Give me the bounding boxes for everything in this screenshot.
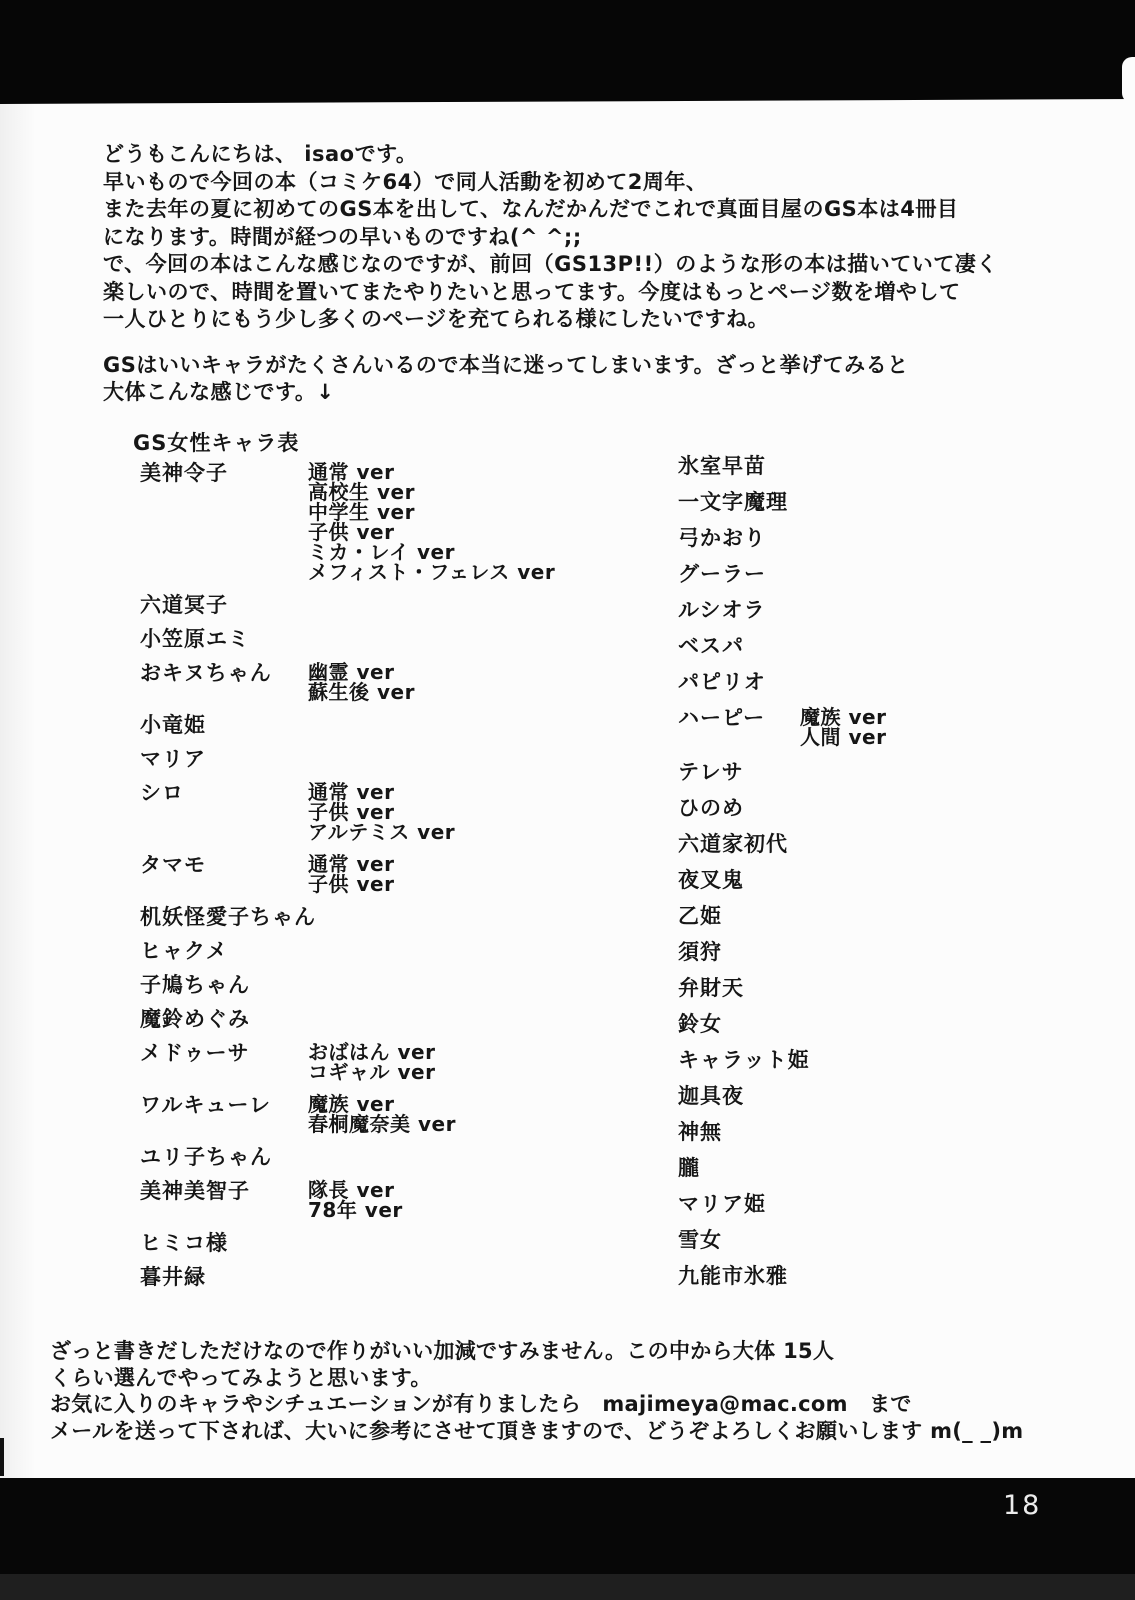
character-name: 須狩	[678, 941, 800, 963]
version-list: 幽霊 ver蘇生後 ver	[308, 662, 415, 702]
character-name: 一文字魔理	[678, 491, 800, 513]
character-row: 美神令子通常 ver高校生 ver中学生 ver子供 verミカ・レイ verメ…	[140, 462, 555, 582]
character-name: ヒミコ様	[140, 1232, 308, 1254]
bottom-border-strip	[0, 1574, 1135, 1600]
version-list: 通常 ver子供 verアルテミス ver	[308, 782, 455, 842]
text-line: 大体こんな感じです。↓	[103, 379, 909, 406]
character-name: ベスパ	[678, 635, 800, 657]
character-row: 机妖怪愛子ちゃん	[140, 906, 555, 928]
character-name: パピリオ	[678, 671, 800, 693]
version-label: 春桐魔奈美 ver	[308, 1114, 456, 1134]
character-row: 小笠原エミ	[140, 628, 555, 650]
character-row: 夜叉鬼	[678, 869, 886, 891]
version-label: 子供 ver	[308, 522, 555, 542]
character-name: マリア	[140, 748, 308, 770]
character-row: 迦具夜	[678, 1085, 886, 1107]
character-row: 六道冥子	[140, 594, 555, 616]
character-row: ベスパ	[678, 635, 886, 657]
character-row: キャラット姫	[678, 1049, 886, 1071]
character-row: 暮井緑	[140, 1266, 555, 1288]
character-name: ユリ子ちゃん	[140, 1146, 308, 1168]
version-label: 通常 ver	[308, 462, 555, 482]
text-line: お気に入りのキャラやシチュエーションが有りましたら majimeya@mac.c…	[50, 1391, 1023, 1418]
version-label: メフィスト・フェレス ver	[308, 562, 555, 582]
character-name: キャラット姫	[678, 1049, 800, 1071]
page-number: 18	[1003, 1490, 1041, 1521]
text-line: メールを送って下されば、大いに参考にさせて頂きますので、どうぞよろしくお願いしま…	[50, 1418, 1023, 1445]
character-row: 朧	[678, 1157, 886, 1179]
character-row: 氷室早苗	[678, 455, 886, 477]
version-list: 魔族 ver春桐魔奈美 ver	[308, 1094, 456, 1134]
character-name: 九能市氷雅	[678, 1265, 800, 1287]
character-row: タマモ通常 ver子供 ver	[140, 854, 555, 894]
version-list: 通常 ver高校生 ver中学生 ver子供 verミカ・レイ verメフィスト…	[308, 462, 555, 582]
character-row: パピリオ	[678, 671, 886, 693]
character-row: ヒミコ様	[140, 1232, 555, 1254]
character-list-left-column: 美神令子通常 ver高校生 ver中学生 ver子供 verミカ・レイ verメ…	[140, 462, 555, 1300]
paper-edge-shade	[0, 104, 36, 1478]
character-row: グーラー	[678, 563, 886, 585]
character-name: おキヌちゃん	[140, 662, 308, 684]
character-name: 乙姫	[678, 905, 800, 927]
character-name: マリア姫	[678, 1193, 800, 1215]
version-label: 子供 ver	[308, 874, 394, 894]
character-row: おキヌちゃん幽霊 ver蘇生後 ver	[140, 662, 555, 702]
character-row: 魔鈴めぐみ	[140, 1008, 555, 1030]
version-label: 魔族 ver	[800, 707, 886, 727]
character-row: 九能市氷雅	[678, 1265, 886, 1287]
intro-paragraph: どうもこんにちは、 isaoです。早いもので今回の本（コミケ64）で同人活動を初…	[103, 141, 998, 334]
version-label: アルテミス ver	[308, 822, 455, 842]
character-name: 氷室早苗	[678, 455, 800, 477]
character-row: 雪女	[678, 1229, 886, 1251]
character-row: ルシオラ	[678, 599, 886, 621]
page-corner-notch	[1122, 57, 1135, 103]
text-line: 一人ひとりにもう少し多くのページを充てられる様にしたいですね。	[103, 306, 998, 334]
character-row: ひのめ	[678, 797, 886, 819]
character-row: ユリ子ちゃん	[140, 1146, 555, 1168]
character-row: ワルキューレ魔族 ver春桐魔奈美 ver	[140, 1094, 555, 1134]
character-name: グーラー	[678, 563, 800, 585]
version-label: 高校生 ver	[308, 482, 555, 502]
character-row: 美神美智子隊長 ver78年 ver	[140, 1180, 555, 1220]
character-name: タマモ	[140, 854, 308, 876]
character-name: ワルキューレ	[140, 1094, 308, 1116]
version-list: 魔族 ver人間 ver	[800, 707, 886, 747]
text-line: また去年の夏に初めてのGS本を出して、なんだかんだでこれで真面目屋のGS本は4冊…	[103, 196, 998, 224]
character-name: 六道冥子	[140, 594, 308, 616]
text-line: どうもこんにちは、 isaoです。	[103, 141, 998, 169]
character-row: シロ通常 ver子供 verアルテミス ver	[140, 782, 555, 842]
character-name: ルシオラ	[678, 599, 800, 621]
version-label: 78年 ver	[308, 1200, 403, 1220]
character-name: ヒャクメ	[140, 940, 308, 962]
character-name: メドゥーサ	[140, 1042, 308, 1064]
version-label: 幽霊 ver	[308, 662, 415, 682]
version-label: 魔族 ver	[308, 1094, 456, 1114]
character-row: メドゥーサおばはん verコギャル ver	[140, 1042, 555, 1082]
character-name: 小竜姫	[140, 714, 308, 736]
character-name: 朧	[678, 1157, 800, 1179]
text-line: ざっと書きだしただけなので作りがいい加減ですみません。この中から大体 15人	[50, 1338, 1023, 1365]
version-label: 通常 ver	[308, 854, 394, 874]
version-label: ミカ・レイ ver	[308, 542, 555, 562]
character-name: 神無	[678, 1121, 800, 1143]
character-name: ハーピー	[678, 707, 800, 729]
outro-paragraph: ざっと書きだしただけなので作りがいい加減ですみません。この中から大体 15人くら…	[50, 1338, 1023, 1444]
character-row: 鈴女	[678, 1013, 886, 1035]
character-name: 六道家初代	[678, 833, 800, 855]
character-name: 小笠原エミ	[140, 628, 308, 650]
character-row: ヒャクメ	[140, 940, 555, 962]
character-name: 弁財天	[678, 977, 800, 999]
character-name: 夜叉鬼	[678, 869, 800, 891]
text-line: になります。時間が経つの早いものですね(^ ^;;	[103, 224, 998, 252]
character-row: テレサ	[678, 761, 886, 783]
character-row: 弓かおり	[678, 527, 886, 549]
character-name: 美神令子	[140, 462, 308, 484]
character-row: 神無	[678, 1121, 886, 1143]
character-name: 迦具夜	[678, 1085, 800, 1107]
version-label: 中学生 ver	[308, 502, 555, 522]
character-list-right-column: 氷室早苗一文字魔理弓かおりグーラールシオラベスパパピリオハーピー魔族 ver人間…	[678, 455, 886, 1301]
character-name: テレサ	[678, 761, 800, 783]
character-name: ひのめ	[678, 797, 800, 819]
character-name: 美神美智子	[140, 1180, 308, 1202]
top-black-border	[0, 0, 1135, 104]
character-name: 子鳩ちゃん	[140, 974, 308, 996]
character-name: シロ	[140, 782, 308, 804]
version-label: 人間 ver	[800, 727, 886, 747]
character-row: 子鳩ちゃん	[140, 974, 555, 996]
text-line: で、今回の本はこんな感じなのですが、前回（GS13P!!）のような形の本は描いて…	[103, 251, 998, 279]
character-row: マリア	[140, 748, 555, 770]
character-name: 暮井緑	[140, 1266, 308, 1288]
character-row: 小竜姫	[140, 714, 555, 736]
lead-in-paragraph: GSはいいキャラがたくさんいるので本当に迷ってしまいます。ざっと挙げてみると大体…	[103, 352, 909, 406]
version-label: 蘇生後 ver	[308, 682, 415, 702]
version-label: おばはん ver	[308, 1042, 435, 1062]
text-line: くらい選んでやってみようと思います。	[50, 1365, 1023, 1392]
character-row: マリア姫	[678, 1193, 886, 1215]
version-label: 子供 ver	[308, 802, 455, 822]
text-line: 早いもので今回の本（コミケ64）で同人活動を初めて2周年、	[103, 169, 998, 197]
character-table-title: GS女性キャラ表	[133, 427, 299, 457]
character-name: 魔鈴めぐみ	[140, 1008, 308, 1030]
character-name: 机妖怪愛子ちゃん	[140, 906, 308, 928]
character-row: 乙姫	[678, 905, 886, 927]
version-list: 通常 ver子供 ver	[308, 854, 394, 894]
version-list: おばはん verコギャル ver	[308, 1042, 435, 1082]
character-row: 六道家初代	[678, 833, 886, 855]
text-line: 楽しいので、時間を置いてまたやりたいと思ってます。今度はもっとページ数を増やして	[103, 279, 998, 307]
version-list: 隊長 ver78年 ver	[308, 1180, 403, 1220]
scanned-page: どうもこんにちは、 isaoです。早いもので今回の本（コミケ64）で同人活動を初…	[0, 0, 1135, 1600]
version-label: 通常 ver	[308, 782, 455, 802]
scan-artifact	[0, 1438, 4, 1476]
text-line: GSはいいキャラがたくさんいるので本当に迷ってしまいます。ざっと挙げてみると	[103, 352, 909, 379]
character-name: 鈴女	[678, 1013, 800, 1035]
character-row: 須狩	[678, 941, 886, 963]
character-row: ハーピー魔族 ver人間 ver	[678, 707, 886, 747]
version-label: コギャル ver	[308, 1062, 435, 1082]
character-row: 一文字魔理	[678, 491, 886, 513]
character-row: 弁財天	[678, 977, 886, 999]
character-name: 雪女	[678, 1229, 800, 1251]
character-name: 弓かおり	[678, 527, 800, 549]
version-label: 隊長 ver	[308, 1180, 403, 1200]
